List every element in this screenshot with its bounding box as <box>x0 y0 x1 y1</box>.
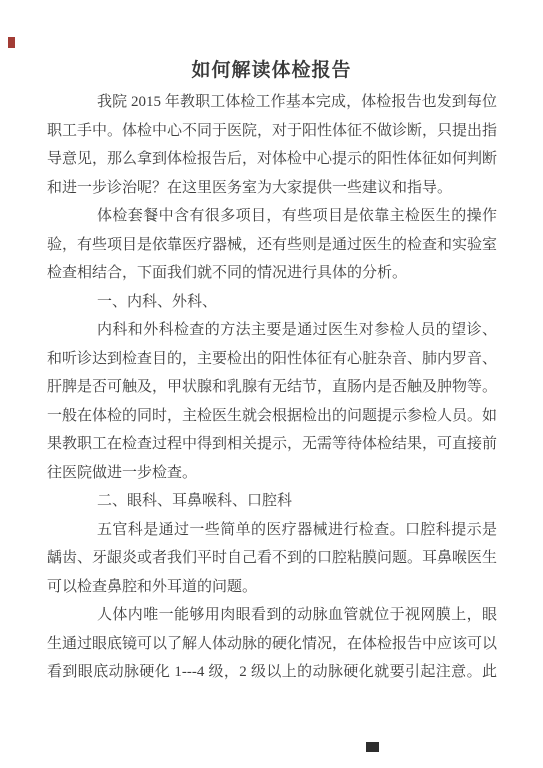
text-line: 一般在体检的同时，主检医生就会根据检出的问题提示参检人员。如 <box>47 402 497 431</box>
text-line: 生通过眼底镜可以了解人体动脉的硬化情况，在体检报告中应该可以 <box>47 630 497 659</box>
text-line: 验，有些项目是依靠医疗器械，还有些则是通过医生的检查和实验室 <box>47 231 497 260</box>
text-line: 二、眼科、耳鼻喉科、口腔科 <box>47 487 497 516</box>
text-line: 一、内科、外科、 <box>47 288 497 317</box>
document-body: 我院 2015 年教职工体检工作基本完成，体检报告也发到每位教职工手中。体检中心… <box>47 88 497 687</box>
text-line: 人体内唯一能够用肉眼看到的动脉血管就位于视网膜上，眼科医 <box>47 601 497 630</box>
text-line: 内科和外科检查的方法主要是通过医生对参检人员的望诊、触诊 <box>47 316 497 345</box>
text-line: 看到眼底动脉硬化 1---4 级，2 级以上的动脉硬化就要引起注意。此 <box>47 658 497 687</box>
text-line: 果教职工在检查过程中得到相关提示，无需等待体检结果，可直接前 <box>47 430 497 459</box>
text-line: 肝脾是否可触及，甲状腺和乳腺有无结节，直肠内是否触及肿物等。 <box>47 373 497 402</box>
text-line: 往医院做进一步检查。 <box>47 459 497 488</box>
text-line: 职工手中。体检中心不同于医院，对于阳性体征不做诊断，只提出指 <box>47 117 497 146</box>
text-line: 五官科是通过一些简单的医疗器械进行检查。口腔科提示是否有 <box>47 516 497 545</box>
text-line: 检查相结合，下面我们就不同的情况进行具体的分析。 <box>47 259 497 288</box>
text-line: 我院 2015 年教职工体检工作基本完成，体检报告也发到每位教 <box>47 88 497 117</box>
text-line: 龋齿、牙龈炎或者我们平时自己看不到的口腔粘膜问题。耳鼻喉医生 <box>47 544 497 573</box>
text-line: 体检套餐中含有很多项目，有些项目是依靠主检医生的操作和经 <box>47 202 497 231</box>
text-line: 和进一步诊治呢？在这里医务室为大家提供一些建议和指导。 <box>47 174 497 203</box>
document-page: 如何解读体检报告 我院 2015 年教职工体检工作基本完成，体检报告也发到每位教… <box>0 0 543 768</box>
document-title: 如何解读体检报告 <box>0 55 543 82</box>
text-line: 和听诊达到检查目的，主要检出的阳性体征有心脏杂音、肺内罗音、 <box>47 345 497 374</box>
black-artifact-mark <box>366 742 379 752</box>
text-line: 可以检查鼻腔和外耳道的问题。 <box>47 573 497 602</box>
red-stamp-mark <box>8 37 15 48</box>
text-line: 导意见，那么拿到体检报告后，对体检中心提示的阳性体征如何判断 <box>47 145 497 174</box>
